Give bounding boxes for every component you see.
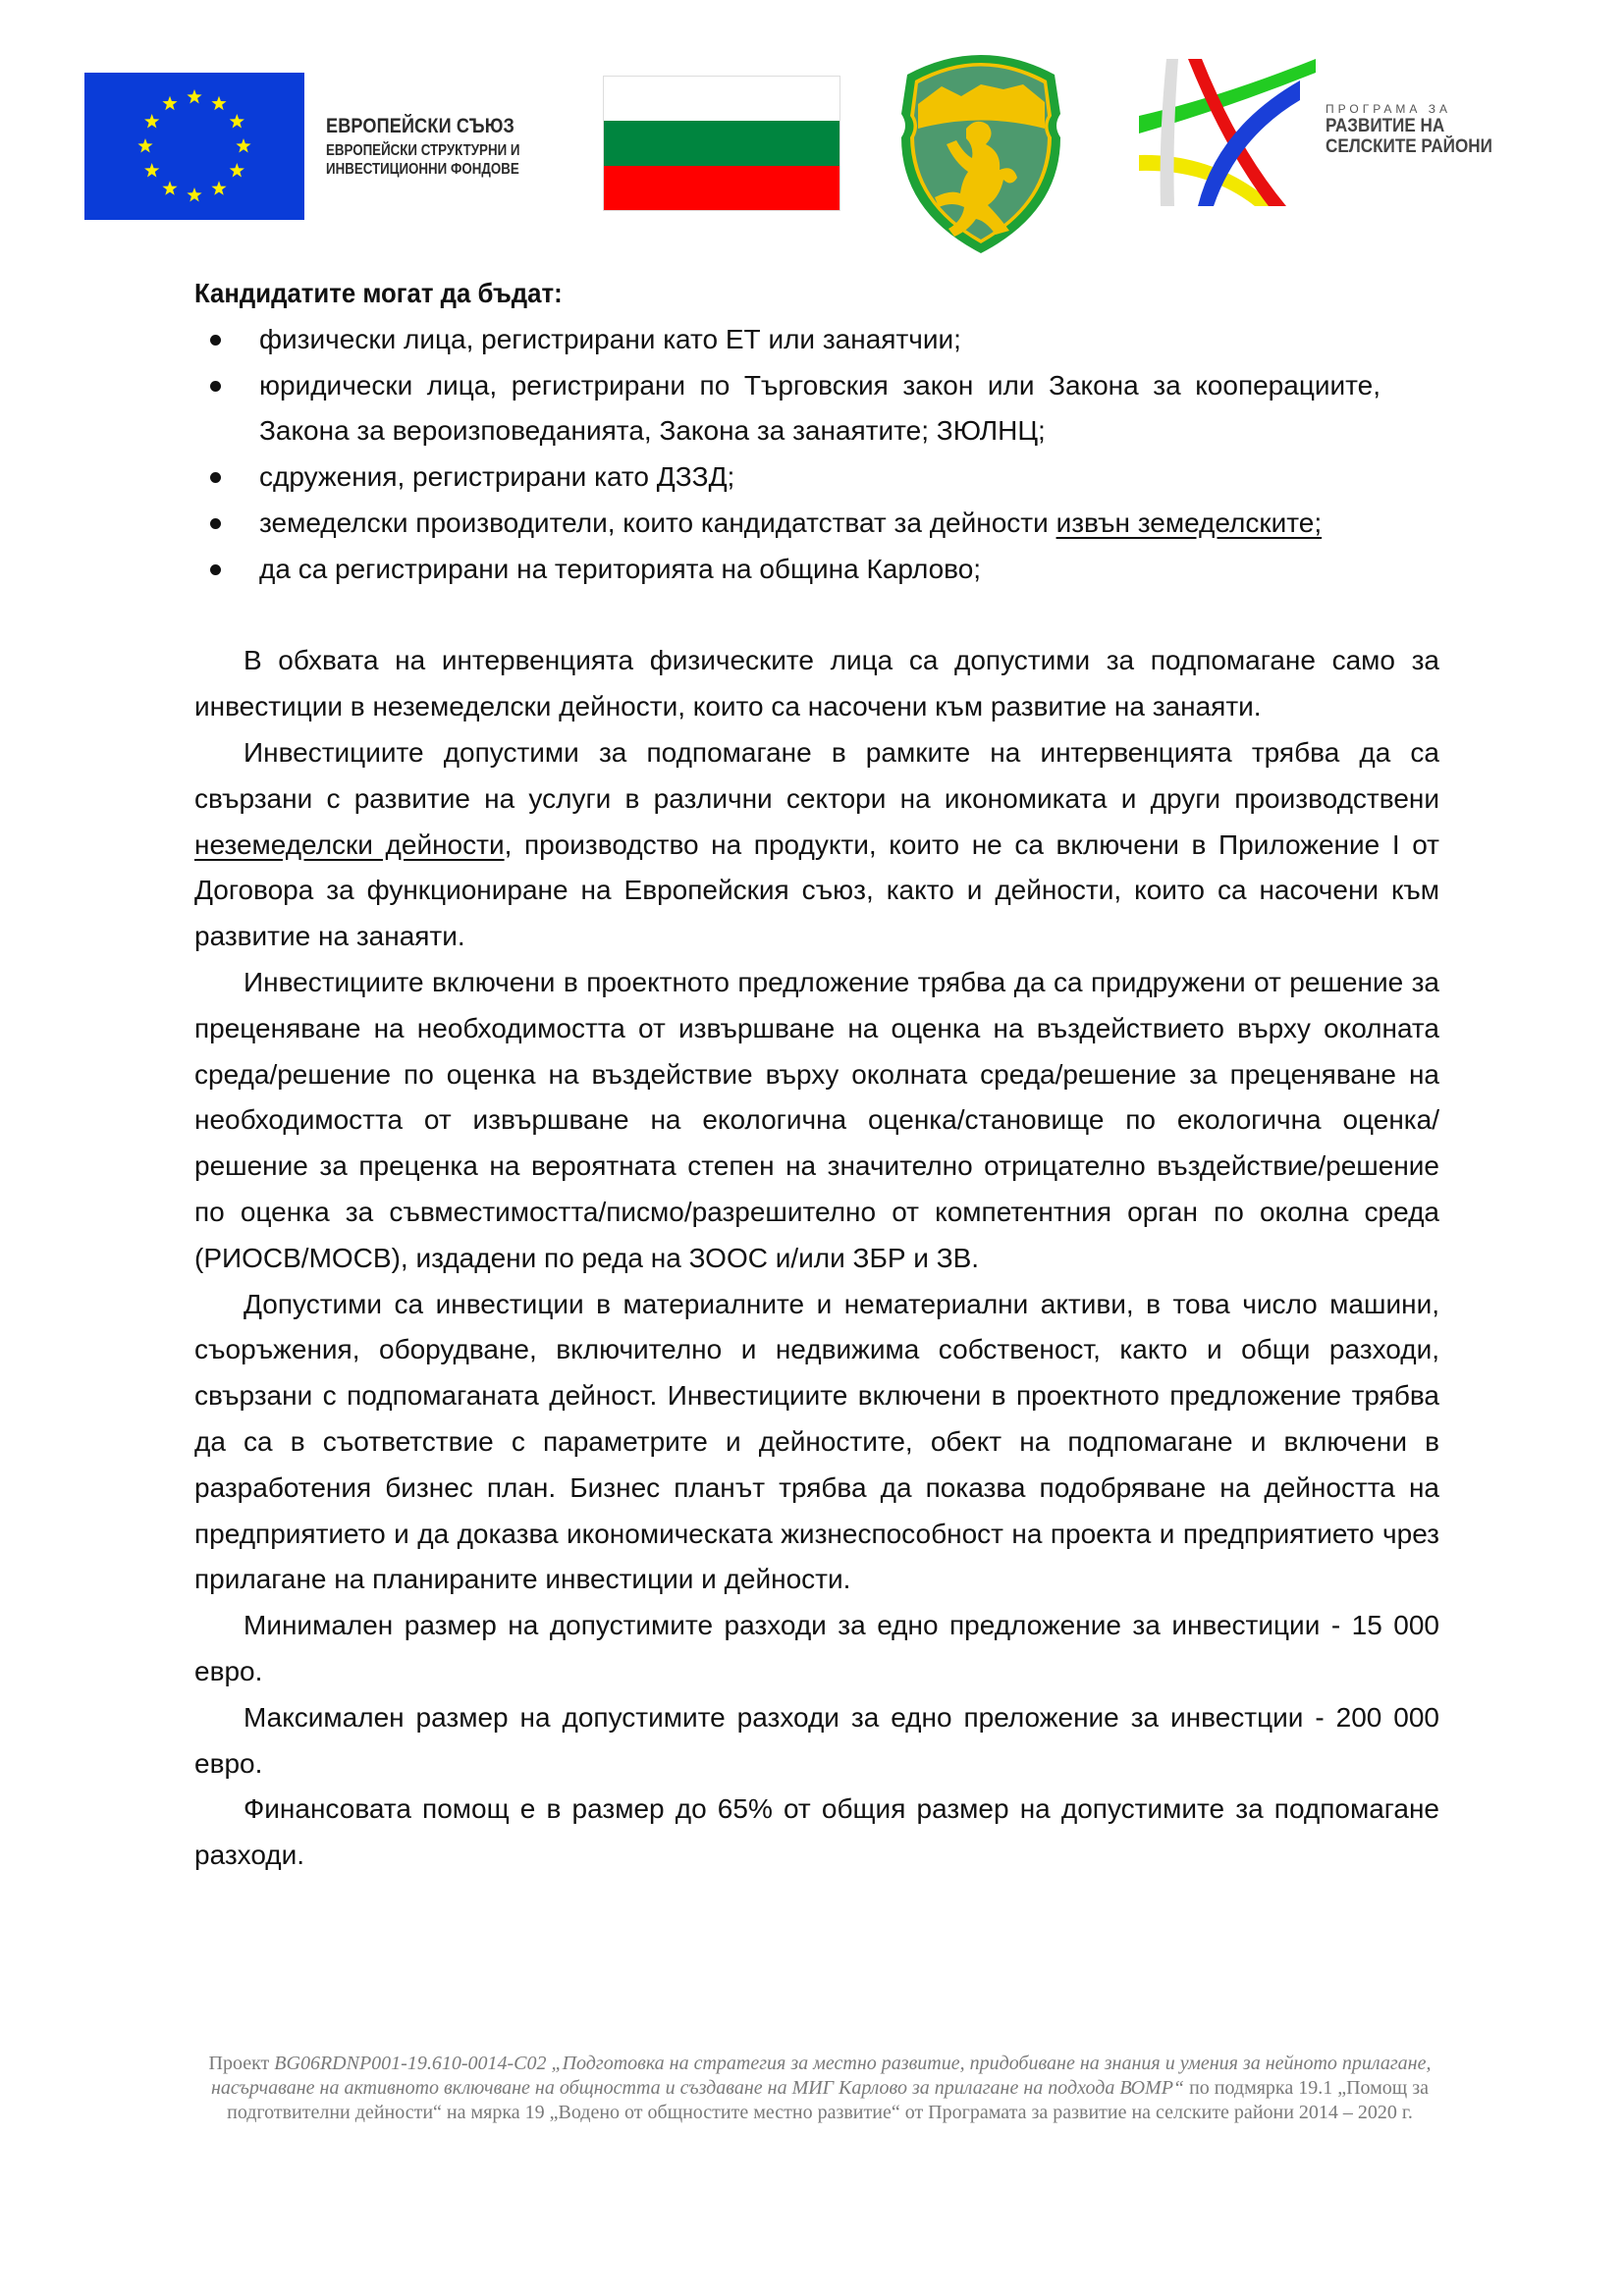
paragraph: Минимален размер на допустимите разходи … bbox=[194, 1603, 1439, 1695]
list-item: сдружения, регистрирани като ДЗЗД; bbox=[194, 454, 1439, 501]
underlined-text: неземеделски дейности bbox=[194, 829, 505, 860]
list-item: физически лица, регистрирани като ЕТ или… bbox=[194, 317, 1439, 363]
paragraph: Допустими са инвестиции в материалните и… bbox=[194, 1282, 1439, 1604]
bullet-icon bbox=[210, 518, 221, 529]
bulgarian-flag-icon bbox=[603, 76, 840, 211]
eu-subtitle-line2: ИНВЕСТИЦИОННИ ФОНДОВЕ bbox=[326, 160, 519, 179]
candidates-heading: Кандидатите могат да бъдат: bbox=[194, 271, 1340, 317]
candidates-list: физически лица, регистрирани като ЕТ или… bbox=[194, 317, 1439, 593]
paragraph: Инвестициите допустими за подпомагане в … bbox=[194, 730, 1439, 960]
underlined-text: извън земеделските; bbox=[1056, 507, 1323, 538]
paragraph: Финансовата помощ е в размер до 65% от о… bbox=[194, 1787, 1439, 1879]
bullet-icon bbox=[210, 472, 221, 483]
karlovo-coat-of-arms-icon bbox=[888, 35, 1074, 259]
list-item: земеделски производители, които кандидат… bbox=[194, 501, 1439, 547]
list-item: да са регистрирани на територията на общ… bbox=[194, 547, 1439, 593]
paragraph: Максимален размер на допустимите разходи… bbox=[194, 1695, 1439, 1788]
bullet-icon bbox=[210, 564, 221, 575]
rural-development-program-text: ПРОГРАМА ЗА РАЗВИТИЕ НА СЕЛСКИТЕ РАЙОНИ bbox=[1326, 102, 1511, 157]
program-title-line1: РАЗВИТИЕ НА bbox=[1326, 116, 1492, 136]
bullet-icon bbox=[210, 381, 221, 392]
bullet-icon bbox=[210, 335, 221, 346]
page-footer: Проект BG06RDNP001-19.610-0014-C02 „Подг… bbox=[201, 2052, 1438, 2125]
eu-title: ЕВРОПЕЙСКИ СЪЮЗ bbox=[326, 115, 519, 138]
document-body: Кандидатите могат да бъдат: физически ли… bbox=[194, 271, 1439, 1879]
eu-subtitle-line1: ЕВРОПЕЙСКИ СТРУКТУРНИ И bbox=[326, 141, 519, 160]
paragraph: Инвестициите включени в проектното предл… bbox=[194, 960, 1439, 1282]
paragraph: В обхвата на интервенцията физическите л… bbox=[194, 638, 1439, 730]
list-item: юридически лица, регистрирани по Търговс… bbox=[194, 363, 1439, 455]
program-label: ПРОГРАМА ЗА bbox=[1326, 102, 1511, 116]
page-header: ЕВРОПЕЙСКИ СЪЮЗ ЕВРОПЕЙСКИ СТРУКТУРНИ И … bbox=[0, 0, 1624, 265]
eu-flag-icon bbox=[84, 73, 304, 220]
eu-logo-text: ЕВРОПЕЙСКИ СЪЮЗ ЕВРОПЕЙСКИ СТРУКТУРНИ И … bbox=[326, 115, 552, 179]
program-title-line2: СЕЛСКИТЕ РАЙОНИ bbox=[1326, 136, 1492, 157]
